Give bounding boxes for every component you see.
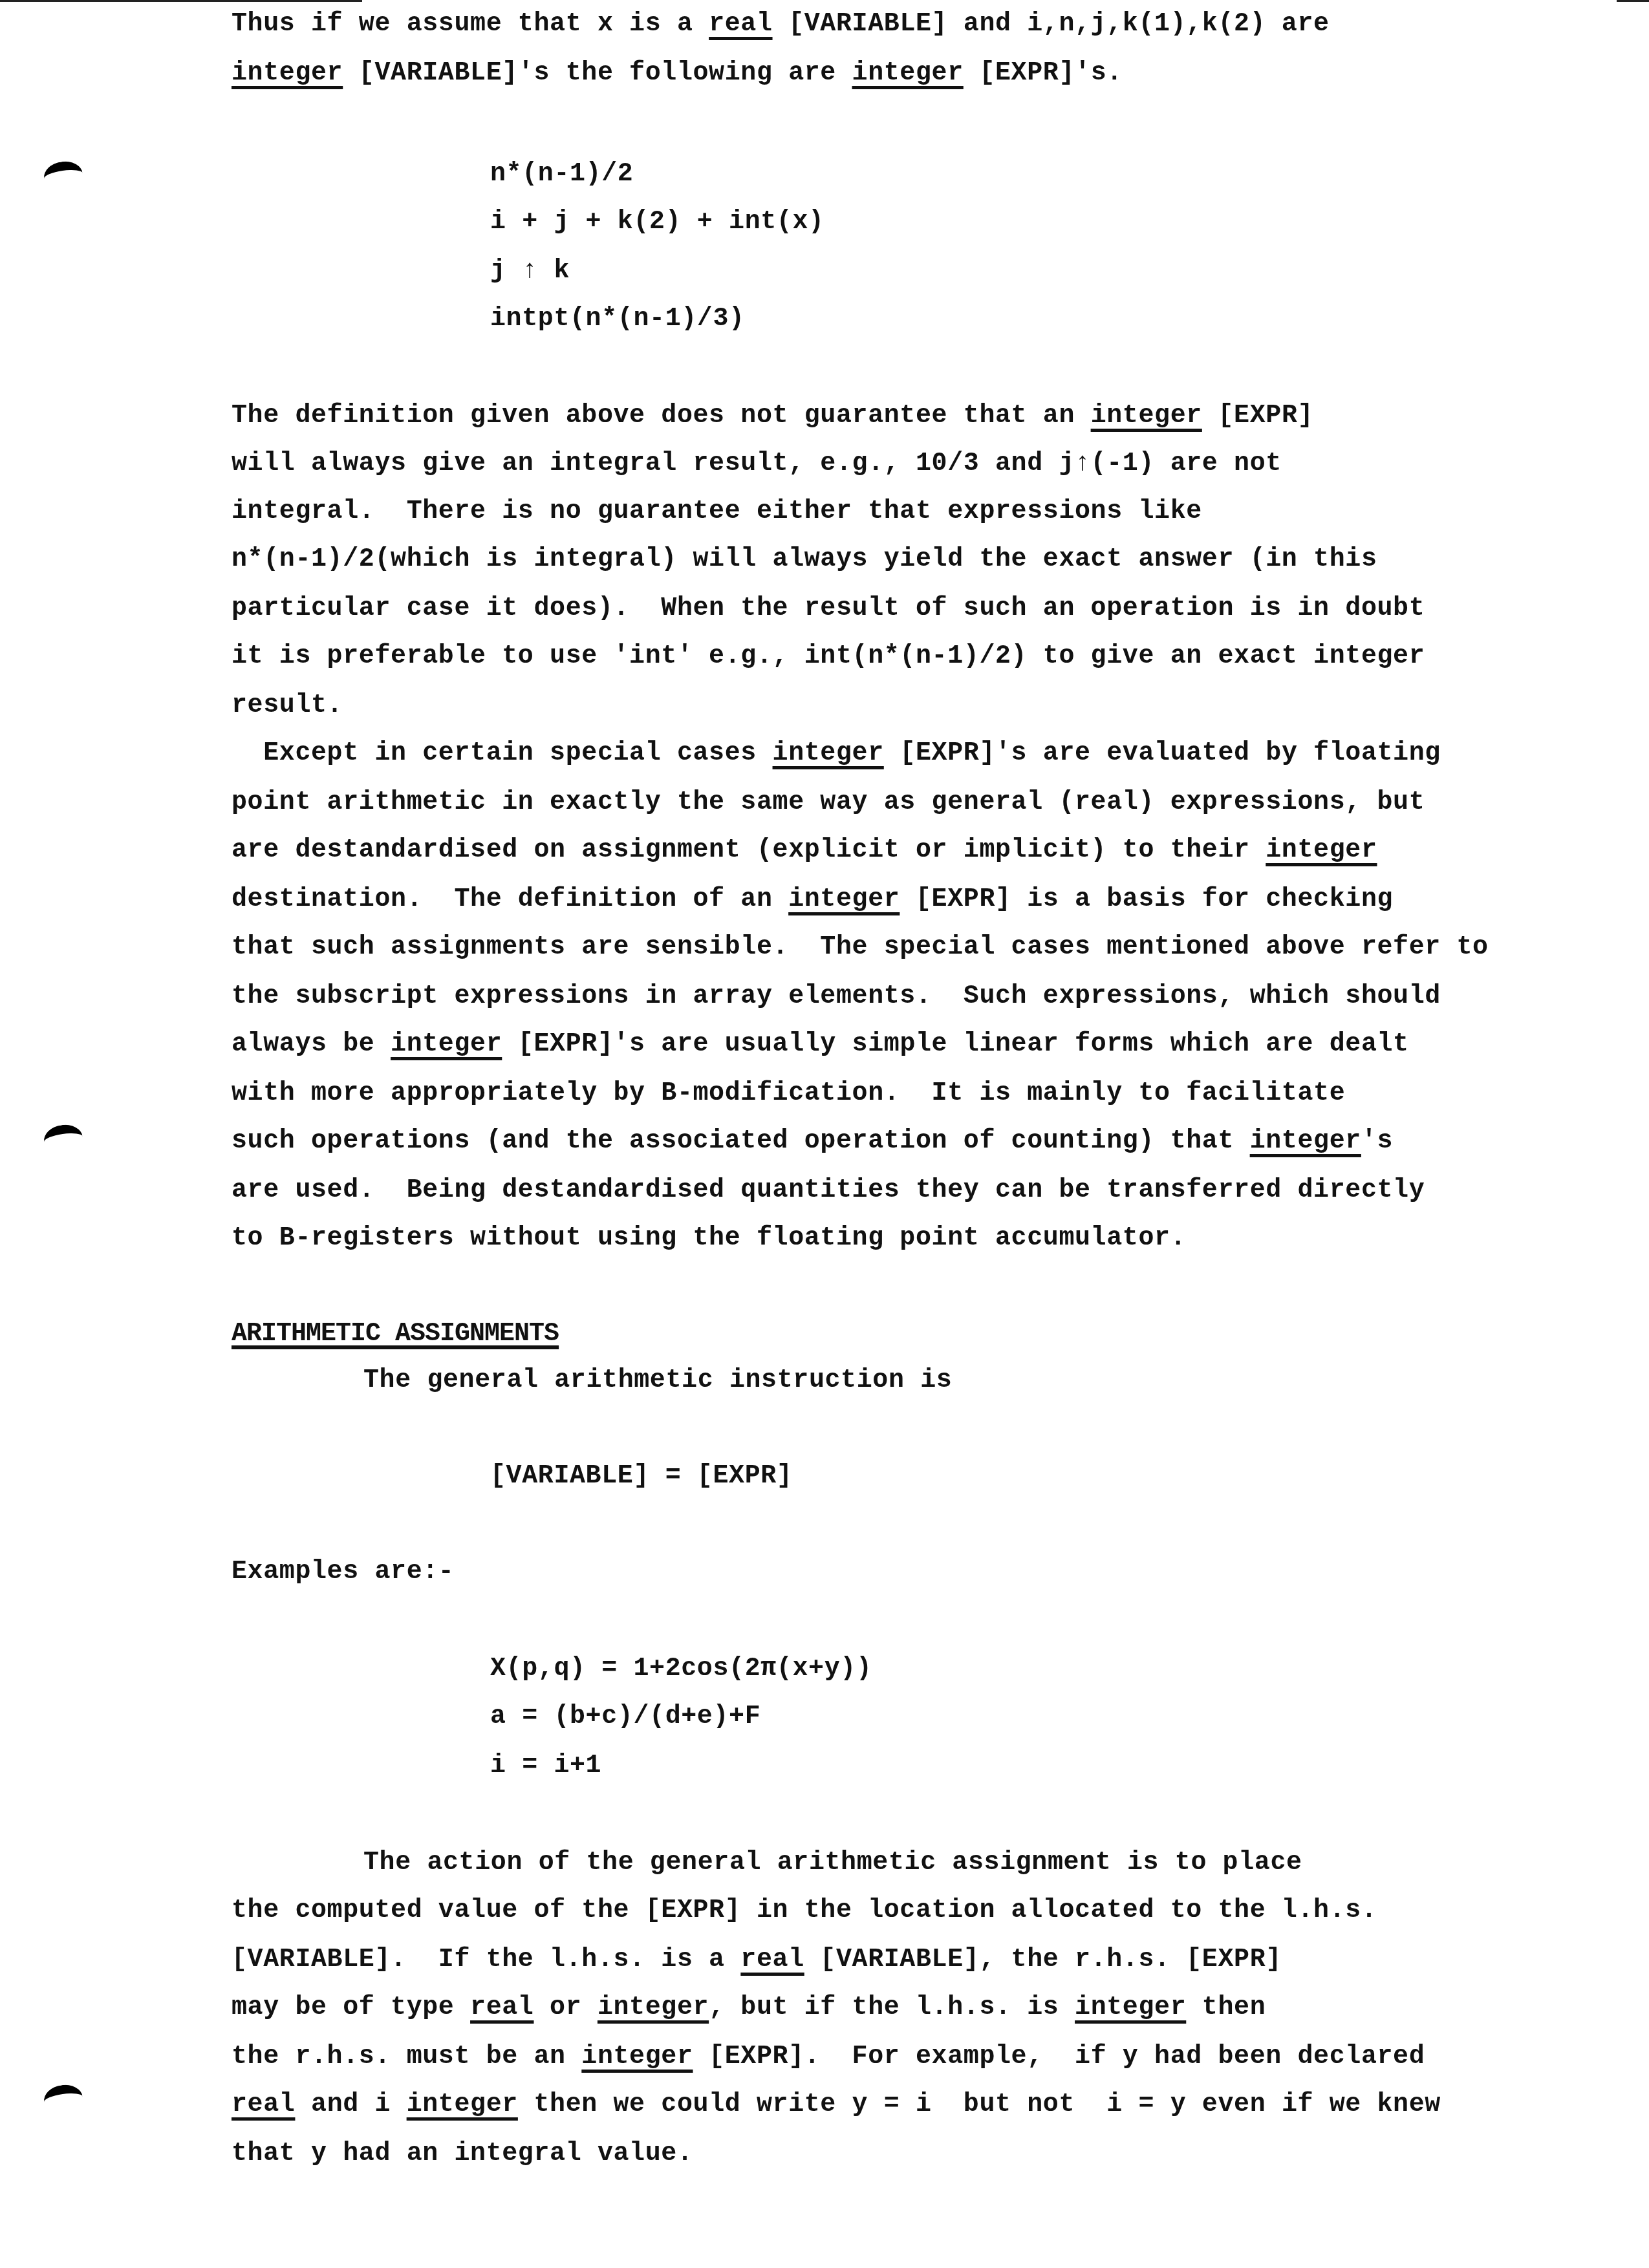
underlined-keyword: integer xyxy=(852,59,964,88)
para1-line: will always give an integral result, e.g… xyxy=(232,449,1282,480)
text: destination. The definition of an xyxy=(232,885,788,914)
text: such operations (and the associated oper… xyxy=(232,1127,1250,1156)
general-instruction-intro: The general arithmetic instruction is xyxy=(363,1365,952,1396)
para1-line: it is preferable to use 'int' e.g., int(… xyxy=(232,641,1425,672)
text: [EXPR]'s are evaluated by floating xyxy=(884,739,1441,768)
para3-line: the computed value of the [EXPR] in the … xyxy=(232,1896,1377,1927)
underlined-keyword: integer xyxy=(1266,836,1377,865)
text: [EXPR]'s. xyxy=(964,59,1123,88)
text: are destandardised on assignment (explic… xyxy=(232,836,1266,865)
scan-edge-mark xyxy=(1617,0,1649,2)
underlined-keyword: integer xyxy=(391,1030,502,1059)
para1-line: result. xyxy=(232,690,343,722)
para1-line: The definition given above does not guar… xyxy=(232,401,1313,432)
text: Thus if we assume that x is a xyxy=(232,10,709,39)
assignment-example: X(p,q) = 1+2cos(2π(x+y)) xyxy=(490,1654,872,1685)
para2-line: such operations (and the associated oper… xyxy=(232,1126,1393,1157)
punch-hole-mark xyxy=(42,1122,85,1156)
underlined-keyword: real xyxy=(740,1945,804,1974)
para2-line: with more appropriately by B-modificatio… xyxy=(232,1078,1345,1109)
text: [EXPR]'s are usually simple linear forms… xyxy=(502,1030,1408,1059)
underlined-keyword: real xyxy=(232,2090,295,2119)
integer-example: j ↑ k xyxy=(490,256,570,287)
text: [VARIABLE]. If the l.h.s. is a xyxy=(232,1945,740,1974)
scanned-document-page: Thus if we assume that x is a real [VARI… xyxy=(0,0,1649,2268)
punch-hole-mark xyxy=(42,2082,85,2116)
para2-line: are used. Being destandardised quantitie… xyxy=(232,1175,1425,1206)
punch-hole-mark xyxy=(42,159,85,193)
para2-line: the subscript expressions in array eleme… xyxy=(232,981,1441,1012)
text: [VARIABLE], the r.h.s. [EXPR] xyxy=(804,1945,1282,1974)
text: and i xyxy=(295,2090,406,2119)
para2-line: that such assignments are sensible. The … xyxy=(232,932,1489,963)
text: the r.h.s. must be an xyxy=(232,2042,581,2071)
text: then xyxy=(1186,1993,1266,2022)
text: [EXPR] is a basis for checking xyxy=(900,885,1393,914)
para2-line: point arithmetic in exactly the same way… xyxy=(232,787,1425,818)
integer-example: n*(n-1)/2 xyxy=(490,159,633,190)
underlined-keyword: real xyxy=(470,1993,533,2022)
para2-line: always be integer [EXPR]'s are usually s… xyxy=(232,1029,1409,1060)
text: [EXPR]. For example, if y had been decla… xyxy=(693,2042,1425,2071)
text: always be xyxy=(232,1030,391,1059)
para3-line: may be of type real or integer, but if t… xyxy=(232,1993,1266,2024)
para1-line: n*(n-1)/2(which is integral) will always… xyxy=(232,544,1377,575)
text: [VARIABLE] and i,n,j,k(1),k(2) are xyxy=(773,10,1330,39)
section-heading: ARITHMETIC ASSIGNMENTS xyxy=(232,1319,559,1350)
para1-line: integral. There is no guarantee either t… xyxy=(232,497,1202,528)
underlined-keyword: integer xyxy=(1091,401,1202,431)
para3-line: that y had an integral value. xyxy=(232,2139,693,2170)
assignment-example: i = i+1 xyxy=(490,1751,601,1782)
para3-line: The action of the general arithmetic ass… xyxy=(363,1848,1302,1879)
para3-line: the r.h.s. must be an integer [EXPR]. Fo… xyxy=(232,2042,1425,2073)
underlined-keyword: integer xyxy=(407,2090,518,2119)
text: [EXPR] xyxy=(1202,401,1313,431)
para2-line: Except in certain special cases integer … xyxy=(232,738,1441,769)
text: or xyxy=(533,1993,597,2022)
assignment-example: a = (b+c)/(d+e)+F xyxy=(490,1702,760,1733)
para2-line: to B-registers without using the floatin… xyxy=(232,1223,1186,1254)
underlined-keyword: integer xyxy=(581,2042,693,2071)
para3-line: [VARIABLE]. If the l.h.s. is a real [VAR… xyxy=(232,1945,1282,1976)
integer-example: intpt(n*(n-1)/3) xyxy=(490,304,745,335)
underlined-keyword: integer xyxy=(1075,1993,1186,2022)
para3-line: real and i integer then we could write y… xyxy=(232,2090,1441,2121)
intro-line-2: integer [VARIABLE]'s the following are i… xyxy=(232,58,1123,89)
underlined-keyword: real xyxy=(709,10,772,39)
intro-line-1: Thus if we assume that x is a real [VARI… xyxy=(232,9,1330,40)
text: may be of type xyxy=(232,1993,470,2022)
underlined-keyword: integer xyxy=(773,739,884,768)
text: [VARIABLE]'s the following are xyxy=(343,59,852,88)
text: 's xyxy=(1361,1127,1393,1156)
para2-line: are destandardised on assignment (explic… xyxy=(232,835,1377,866)
examples-label: Examples are:- xyxy=(232,1557,454,1588)
text: The definition given above does not guar… xyxy=(232,401,1091,431)
text: , but if the l.h.s. is xyxy=(709,1993,1075,2022)
para2-line: destination. The definition of an intege… xyxy=(232,884,1393,915)
general-form: [VARIABLE] = [EXPR] xyxy=(490,1461,792,1492)
scan-edge-mark xyxy=(0,0,362,2)
para1-line: particular case it does). When the resul… xyxy=(232,594,1425,625)
underlined-keyword: integer xyxy=(598,1993,709,2022)
underlined-keyword: integer xyxy=(788,885,900,914)
underlined-keyword: integer xyxy=(232,59,343,88)
text: Except in certain special cases xyxy=(232,739,773,768)
text: then we could write y = i but not i = y … xyxy=(518,2090,1441,2119)
underlined-keyword: integer xyxy=(1250,1127,1361,1156)
integer-example: i + j + k(2) + int(x) xyxy=(490,207,824,238)
